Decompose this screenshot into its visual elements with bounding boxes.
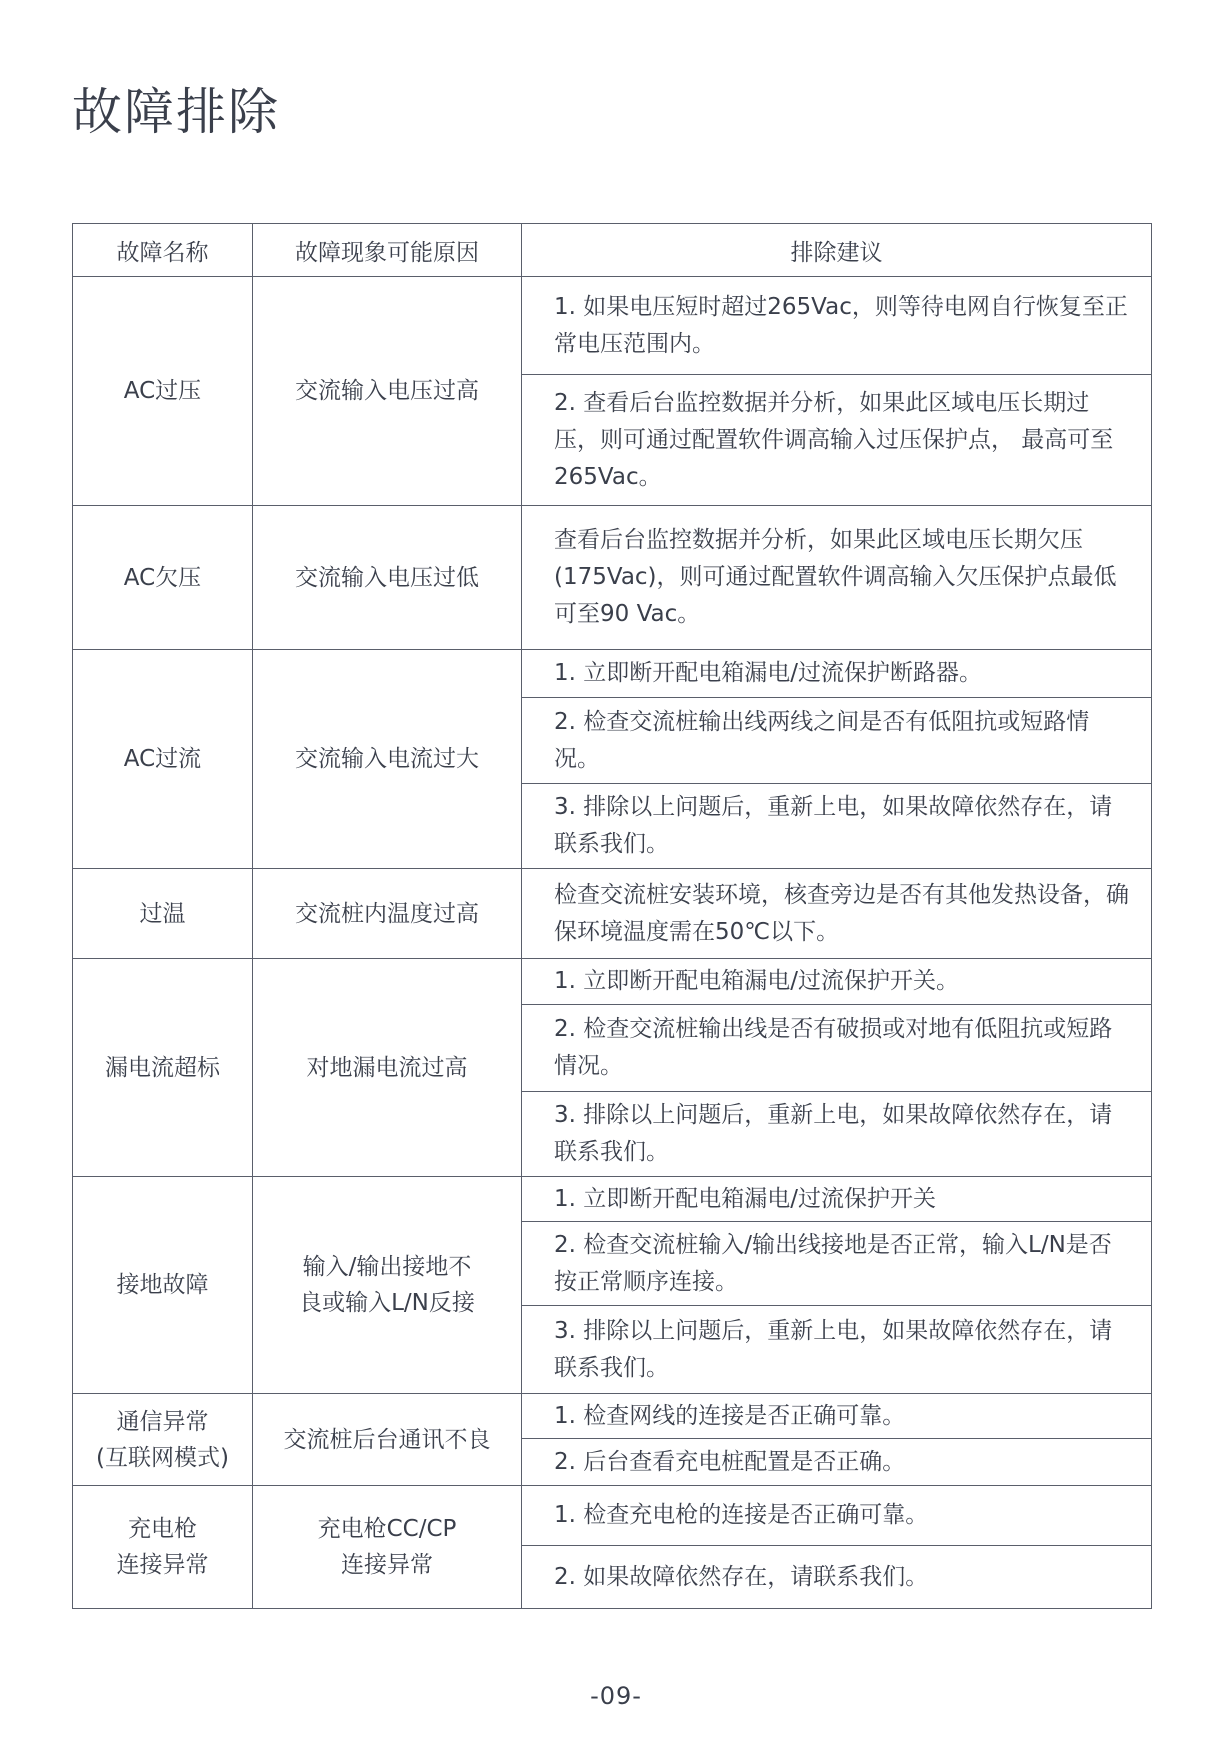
fault-name-line: (互联网模式) — [73, 1440, 252, 1476]
fault-solution: 3. 排除以上问题后，重新上电，如果故障依然存在，请联系我们。 — [522, 784, 1152, 869]
fault-cause: 交流桩后台通讯不良 — [253, 1394, 522, 1486]
fault-solution: 2. 检查交流桩输入/输出线接地是否正常，输入L/N是否按正常顺序连接。 — [522, 1222, 1152, 1306]
fault-solution: 1. 如果电压短时超过265Vac，则等待电网自行恢复至正常电压范围内。 — [522, 277, 1152, 375]
fault-name: AC过压 — [73, 277, 253, 506]
page-title: 故障排除 — [72, 80, 280, 144]
fault-solution: 1. 立即断开配电箱漏电/过流保护开关。 — [522, 959, 1152, 1005]
table-row: 漏电流超标 对地漏电流过高 1. 立即断开配电箱漏电/过流保护开关。 — [73, 959, 1152, 1005]
fault-name-line: 通信异常 — [73, 1404, 252, 1440]
fault-cause: 交流输入电压过低 — [253, 506, 522, 650]
fault-cause: 输入/输出接地不 良或输入L/N反接 — [253, 1177, 522, 1394]
table-row: 过温 交流桩内温度过高 检查交流桩安装环境，核查旁边是否有其他发热设备，确保环境… — [73, 869, 1152, 959]
fault-name: 通信异常 (互联网模式) — [73, 1394, 253, 1486]
fault-cause: 充电枪CC/CP 连接异常 — [253, 1486, 522, 1609]
fault-solution: 2. 检查交流桩输出线是否有破损或对地有低阻抗或短路情况。 — [522, 1005, 1152, 1092]
fault-name-line: 连接异常 — [73, 1547, 252, 1583]
header-possible-cause: 故障现象可能原因 — [253, 224, 522, 277]
fault-cause-line: 充电枪CC/CP — [253, 1511, 521, 1547]
fault-solution: 1. 检查充电枪的连接是否正确可靠。 — [522, 1486, 1152, 1546]
fault-solution: 1. 检查网线的连接是否正确可靠。 — [522, 1394, 1152, 1439]
fault-cause: 交流输入电压过高 — [253, 277, 522, 506]
table-row: AC过流 交流输入电流过大 1. 立即断开配电箱漏电/过流保护断路器。 — [73, 650, 1152, 698]
troubleshooting-table: 故障名称 故障现象可能原因 排除建议 AC过压 交流输入电压过高 1. 如果电压… — [72, 223, 1152, 1609]
table-row: 充电枪 连接异常 充电枪CC/CP 连接异常 1. 检查充电枪的连接是否正确可靠… — [73, 1486, 1152, 1546]
fault-solution: 2. 如果故障依然存在，请联系我们。 — [522, 1546, 1152, 1609]
fault-solution: 3. 排除以上问题后，重新上电，如果故障依然存在，请联系我们。 — [522, 1306, 1152, 1394]
fault-cause-line: 连接异常 — [253, 1547, 521, 1583]
fault-name-line: 充电枪 — [73, 1511, 252, 1547]
header-fault-name: 故障名称 — [73, 224, 253, 277]
fault-name: 充电枪 连接异常 — [73, 1486, 253, 1609]
fault-cause: 交流桩内温度过高 — [253, 869, 522, 959]
fault-solution: 2. 后台查看充电桩配置是否正确。 — [522, 1439, 1152, 1486]
table-row: 接地故障 输入/输出接地不 良或输入L/N反接 1. 立即断开配电箱漏电/过流保… — [73, 1177, 1152, 1222]
fault-name: 过温 — [73, 869, 253, 959]
table-row: AC欠压 交流输入电压过低 查看后台监控数据并分析，如果此区域电压长期欠压(17… — [73, 506, 1152, 650]
fault-name: AC过流 — [73, 650, 253, 869]
page-number: -09- — [0, 1682, 1232, 1710]
fault-cause-line: 输入/输出接地不 — [253, 1249, 521, 1285]
table-header-row: 故障名称 故障现象可能原因 排除建议 — [73, 224, 1152, 277]
fault-solution: 查看后台监控数据并分析，如果此区域电压长期欠压(175Vac)，则可通过配置软件… — [522, 506, 1152, 650]
fault-solution: 2. 查看后台监控数据并分析，如果此区域电压长期过压，则可通过配置软件调高输入过… — [522, 375, 1152, 506]
fault-cause-line: 良或输入L/N反接 — [253, 1285, 521, 1321]
fault-solution: 检查交流桩安装环境，核查旁边是否有其他发热设备，确保环境温度需在50℃以下。 — [522, 869, 1152, 959]
fault-solution: 1. 立即断开配电箱漏电/过流保护开关 — [522, 1177, 1152, 1222]
fault-solution: 1. 立即断开配电箱漏电/过流保护断路器。 — [522, 650, 1152, 698]
fault-cause: 对地漏电流过高 — [253, 959, 522, 1177]
fault-cause: 交流输入电流过大 — [253, 650, 522, 869]
fault-solution: 2. 检查交流桩输出线两线之间是否有低阻抗或短路情况。 — [522, 698, 1152, 784]
fault-name: AC欠压 — [73, 506, 253, 650]
header-solution: 排除建议 — [522, 224, 1152, 277]
table-row: 通信异常 (互联网模式) 交流桩后台通讯不良 1. 检查网线的连接是否正确可靠。 — [73, 1394, 1152, 1439]
fault-solution: 3. 排除以上问题后，重新上电，如果故障依然存在，请联系我们。 — [522, 1092, 1152, 1177]
table-row: AC过压 交流输入电压过高 1. 如果电压短时超过265Vac，则等待电网自行恢… — [73, 277, 1152, 375]
fault-name: 接地故障 — [73, 1177, 253, 1394]
fault-name: 漏电流超标 — [73, 959, 253, 1177]
